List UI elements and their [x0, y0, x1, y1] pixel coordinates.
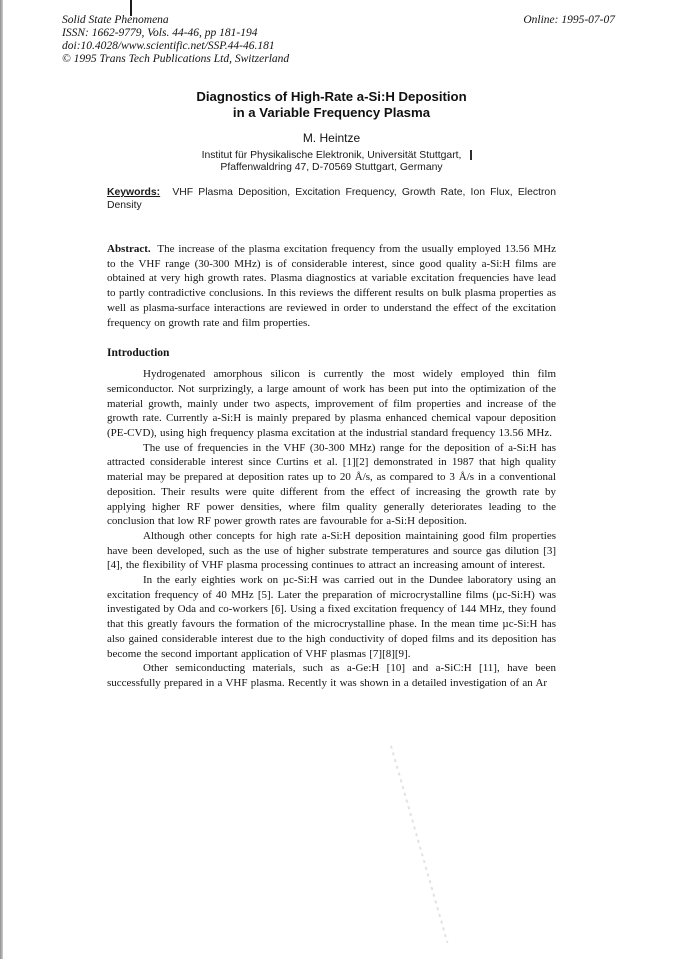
- author-name: M. Heintze: [107, 131, 556, 145]
- journal-header: Solid State Phenomena ISSN: 1662-9779, V…: [0, 0, 678, 66]
- abstract-text: The increase of the plasma excitation fr…: [107, 243, 556, 329]
- affiliation: Institut für Physikalische Elektronik, U…: [107, 150, 556, 174]
- journal-copyright: © 1995 Trans Tech Publications Ltd, Swit…: [62, 53, 289, 66]
- keywords-text: VHF Plasma Deposition, Excitation Freque…: [107, 187, 556, 211]
- paragraph: Although other concepts for high rate a-…: [107, 529, 556, 573]
- paragraph: In the early eighties work on µc-Si:H wa…: [107, 573, 556, 661]
- scan-edge-artifact: [0, 0, 3, 959]
- paper-title-line2: in a Variable Frequency Plasma: [233, 105, 430, 120]
- scan-line-artifact: [130, 0, 132, 16]
- journal-issn-volumes: ISSN: 1662-9779, Vols. 44-46, pp 181-194: [62, 27, 289, 40]
- online-date: Online: 1995-07-07: [523, 14, 615, 27]
- paper-title: Diagnostics of High-Rate a-Si:H Depositi…: [107, 89, 556, 121]
- journal-name: Solid State Phenomena: [62, 14, 289, 27]
- abstract-block: Abstract. The increase of the plasma exc…: [107, 242, 556, 330]
- paragraph: The use of frequencies in the VHF (30-30…: [107, 441, 556, 529]
- journal-info-block: Solid State Phenomena ISSN: 1662-9779, V…: [62, 14, 289, 66]
- affiliation-line2: Pfaffenwaldring 47, D-70569 Stuttgart, G…: [107, 162, 556, 174]
- paper-title-line1: Diagnostics of High-Rate a-Si:H Depositi…: [196, 89, 466, 104]
- article-body: Diagnostics of High-Rate a-Si:H Depositi…: [107, 89, 556, 691]
- introduction-paragraphs: Hydrogenated amorphous silicon is curren…: [107, 367, 556, 690]
- section-heading-introduction: Introduction: [107, 346, 556, 360]
- journal-doi: doi:10.4028/www.scientific.net/SSP.44-46…: [62, 40, 289, 53]
- scan-diagonal-artifact: [390, 745, 448, 943]
- paper-page: Solid State Phenomena ISSN: 1662-9779, V…: [0, 0, 678, 959]
- affiliation-line1: Institut für Physikalische Elektronik, U…: [107, 150, 556, 162]
- scan-dash-artifact: [470, 150, 472, 160]
- paragraph: Hydrogenated amorphous silicon is curren…: [107, 367, 556, 441]
- abstract-label: Abstract.: [107, 243, 151, 255]
- paragraph: Other semiconducting materials, such as …: [107, 661, 556, 690]
- keywords-label: Keywords:: [107, 187, 160, 198]
- keywords-block: Keywords: VHF Plasma Deposition, Excitat…: [107, 187, 556, 212]
